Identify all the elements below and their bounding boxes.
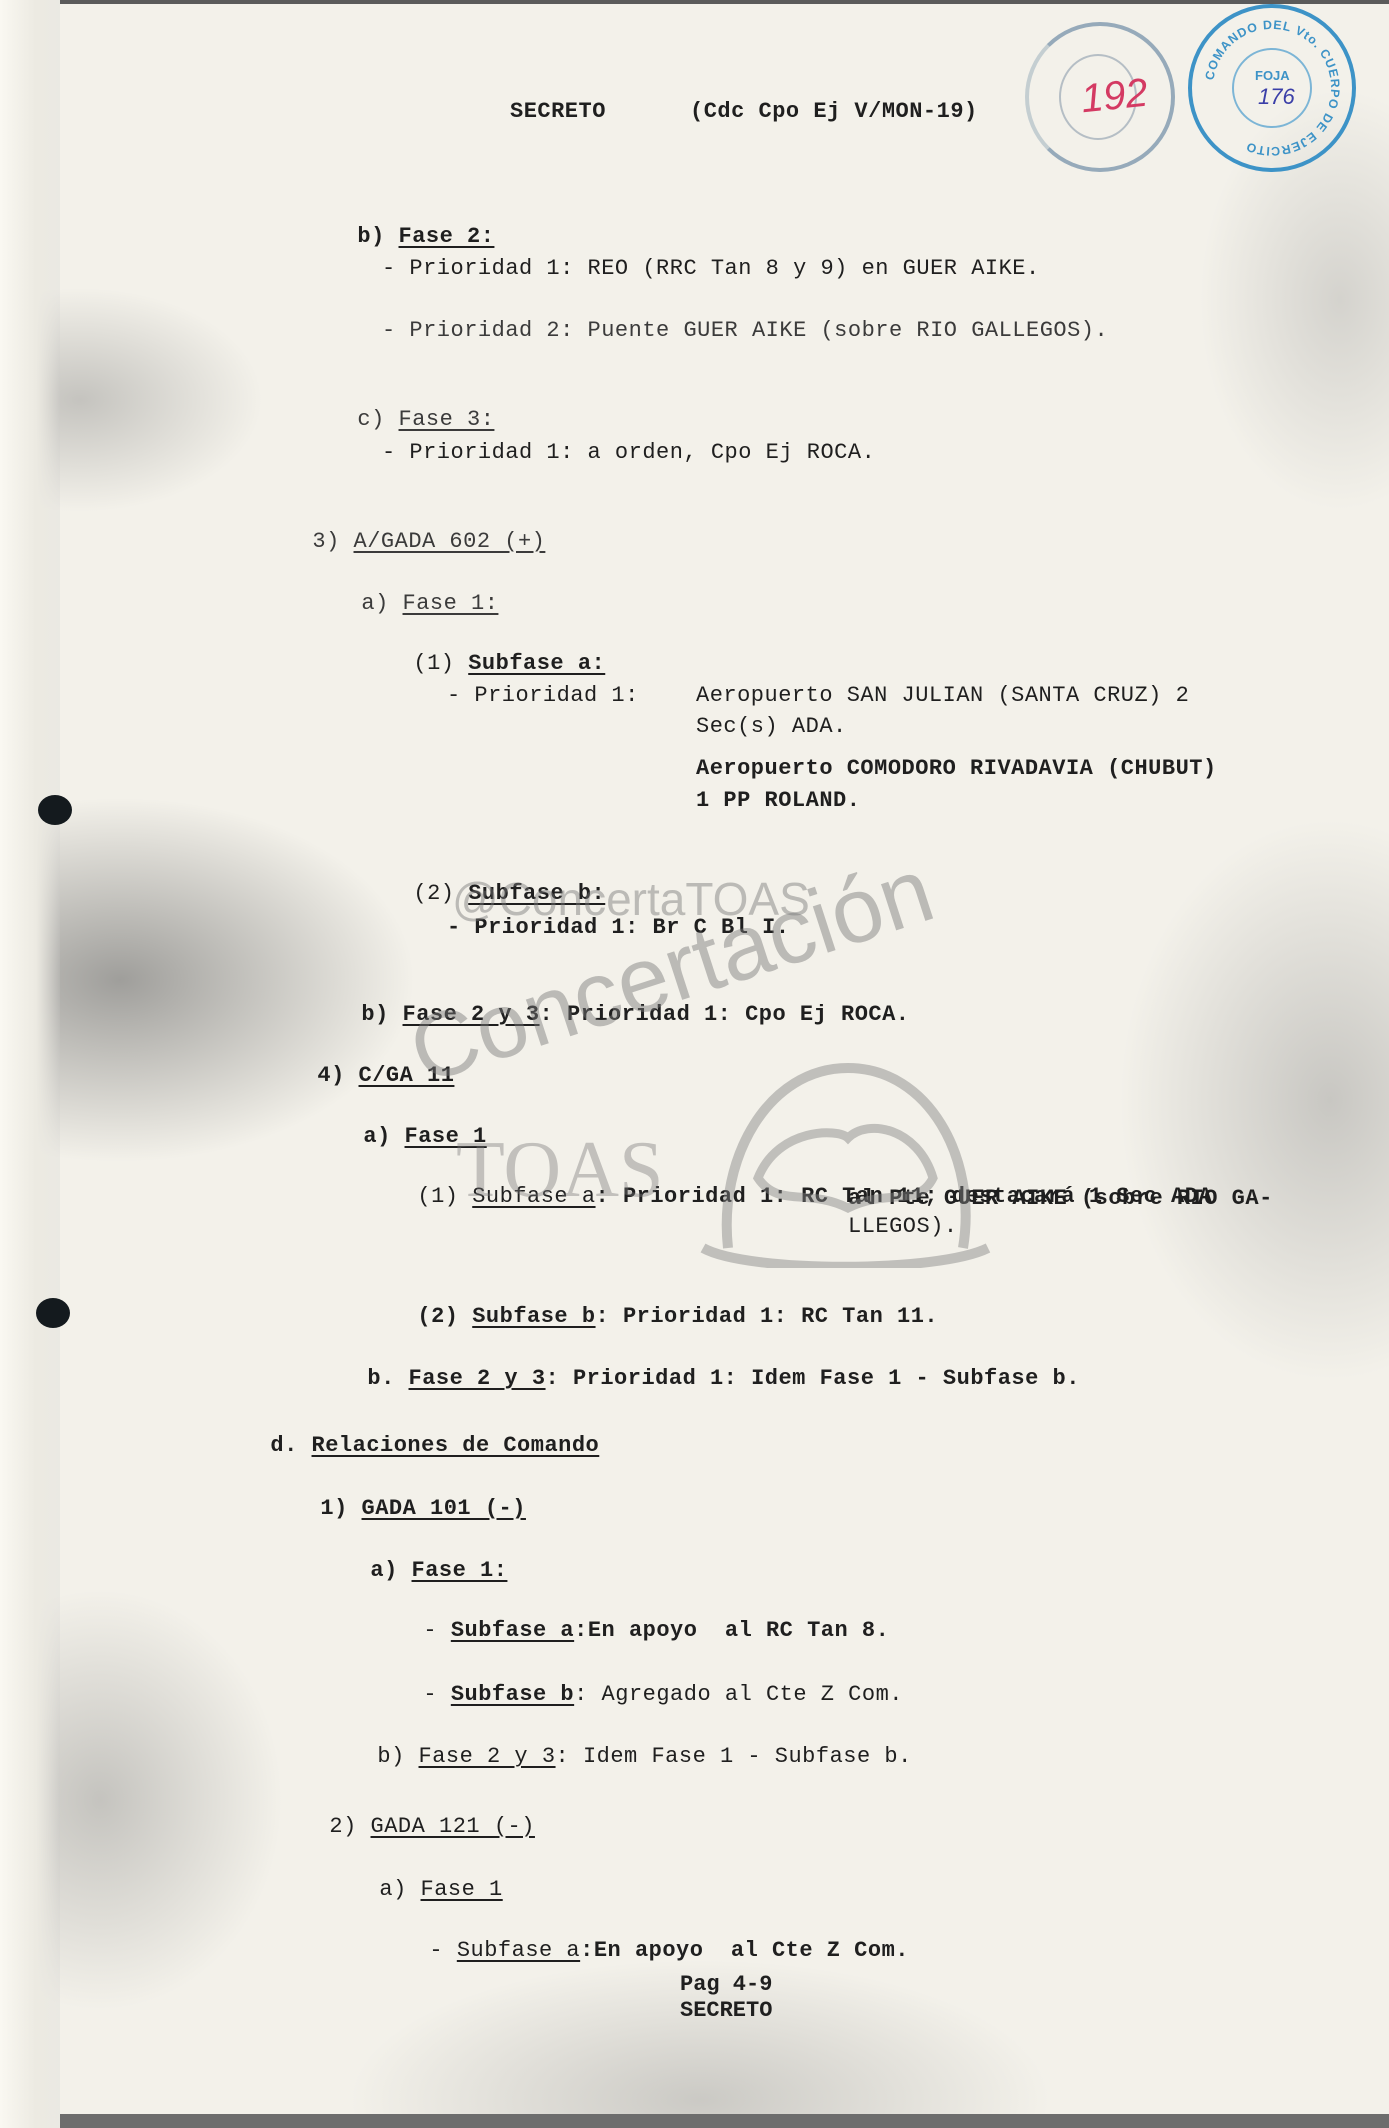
gada101-fase1-heading: a) Fase 1: <box>343 1532 507 1584</box>
header-classification: SECRETO <box>510 99 606 125</box>
item-label: 3) <box>312 529 339 554</box>
section3-heading: 3) A/GADA 602 (+) <box>285 503 545 555</box>
subfase-title: Subfase a: <box>468 651 605 676</box>
dash: - <box>423 1682 437 1707</box>
fase2-item: - Prioridad 1: REO (RRC Tan 8 y 9) en GU… <box>382 256 1040 282</box>
subfase-text: : Prioridad 1: RC Tan 11. <box>596 1304 939 1329</box>
subfase-title: Subfase a <box>472 1184 595 1209</box>
section3-subfase-a-heading: (1) Subfase a: <box>386 625 605 677</box>
item-label: a) <box>379 1877 406 1902</box>
section4-subfase-a-line: LLEGOS). <box>848 1214 958 1240</box>
subfase-text: : Agregado al Cte Z Com. <box>574 1682 903 1707</box>
page-margin <box>0 0 60 2128</box>
gada101-subfase-a: - Subfase a:En apoyo al RC Tan 8. <box>396 1592 889 1644</box>
gada101-subfase-b: - Subfase b: Agregado al Cte Z Com. <box>396 1656 903 1708</box>
gada121-title: GADA 121 (-) <box>371 1814 535 1839</box>
dash: - <box>429 1938 443 1963</box>
section3-fase23: b) Fase 2 y 3: Prioridad 1: Cpo Ej ROCA. <box>334 976 910 1028</box>
scan-border-top <box>60 0 1389 4</box>
item-label: (2) <box>413 881 454 906</box>
item-label: b. <box>367 1366 394 1391</box>
section3-subfase-a-line: 1 PP ROLAND. <box>696 788 860 814</box>
fase-text: : Prioridad 1: Idem Fase 1 - Subfase b. <box>546 1366 1080 1391</box>
section4-fase1-heading: a) Fase 1 <box>336 1098 487 1150</box>
archive-stamp-left: 192 <box>1025 22 1175 172</box>
stamp-folio-number: 192 <box>1079 71 1150 123</box>
item-label: b) <box>377 1744 404 1769</box>
page-footer: Pag 4-9 SECRETO <box>680 1972 772 2024</box>
item-label: 1) <box>320 1496 347 1521</box>
stamp-foja-label: FOJA <box>1255 68 1290 83</box>
item-label: a) <box>370 1558 397 1583</box>
item-label: 4) <box>317 1063 344 1088</box>
section3-subfase-a-line: Aeropuerto COMODORO RIVADAVIA (CHUBUT) <box>696 756 1217 782</box>
footer-classification: SECRETO <box>680 1998 772 2024</box>
fase3-item: - Prioridad 1: a orden, Cpo Ej ROCA. <box>382 440 875 466</box>
dash: - <box>423 1618 437 1643</box>
fase-title: Fase 2 y 3 <box>419 1744 556 1769</box>
subfase-title: Subfase a <box>451 1618 574 1643</box>
section4-subfase-a-line: al Pte GUER AIKE (sobre RIO GA- <box>848 1186 1273 1212</box>
section3-subfase-a-prefix: - Prioridad 1: <box>447 683 639 709</box>
fase-title: Fase 1: <box>403 591 499 616</box>
section3-subfase-b-heading: (2) Subfase b: <box>386 855 605 907</box>
fase-text: : Idem Fase 1 - Subfase b. <box>556 1744 912 1769</box>
section3-subfase-a-line: Aeropuerto SAN JULIAN (SANTA CRUZ) 2 <box>696 683 1189 709</box>
section4-fase23: b. Fase 2 y 3: Prioridad 1: Idem Fase 1 … <box>340 1340 1080 1392</box>
fase-title: Fase 1 <box>405 1124 487 1149</box>
subfase-title: Subfase b: <box>468 881 605 906</box>
section3-fase1-heading: a) Fase 1: <box>334 565 498 617</box>
section3-subfase-a-line: Sec(s) ADA. <box>696 714 847 740</box>
fase2-item: - Prioridad 2: Puente GUER AIKE (sobre R… <box>382 318 1108 344</box>
subfase-text: :En apoyo al RC Tan 8. <box>574 1618 889 1643</box>
fase-text: : Prioridad 1: Cpo Ej ROCA. <box>540 1002 910 1027</box>
gada101-title: GADA 101 (-) <box>362 1496 526 1521</box>
item-label: a) <box>361 591 388 616</box>
gada121-subfase-a: - Subfase a:En apoyo al Cte Z Com. <box>402 1912 909 1964</box>
subfase-title: Subfase a <box>457 1938 580 1963</box>
fase-title: Fase 2 y 3 <box>403 1002 540 1027</box>
page-number: Pag 4-9 <box>680 1972 772 1998</box>
item-label: b) <box>357 224 384 249</box>
punch-hole <box>36 1298 70 1328</box>
subfase-title: Subfase b <box>472 1304 595 1329</box>
fase-title: Fase 2 y 3 <box>409 1366 546 1391</box>
fase2-heading: b) Fase 2: <box>330 198 494 250</box>
item-label: (1) <box>417 1184 458 1209</box>
fase-title: Fase 1 <box>421 1877 503 1902</box>
section4-subfase-b: (2) Subfase b: Prioridad 1: RC Tan 11. <box>390 1278 938 1330</box>
relaciones-title: Relaciones de Comando <box>312 1433 600 1458</box>
item-label: c) <box>357 407 384 432</box>
section4-heading: 4) C/GA 11 <box>290 1037 454 1089</box>
fase-title: Fase 1: <box>412 1558 508 1583</box>
gada101-heading: 1) GADA 101 (-) <box>293 1470 526 1522</box>
subfase-text: :En apoyo al Cte Z Com. <box>580 1938 909 1963</box>
item-label: (2) <box>417 1304 458 1329</box>
fase3-title: Fase 3: <box>399 407 495 432</box>
punch-hole <box>38 795 72 825</box>
gada101-fase23: b) Fase 2 y 3: Idem Fase 1 - Subfase b. <box>350 1718 912 1770</box>
scan-border-bottom <box>60 2114 1389 2128</box>
item-label: b) <box>361 1002 388 1027</box>
header-reference: (Cdc Cpo Ej V/MON-19) <box>690 99 978 125</box>
item-label: 2) <box>329 1814 356 1839</box>
section4-title: C/GA 11 <box>359 1063 455 1088</box>
archive-stamp-right: COMANDO DEL Vto. CUERPO DE EJERCITO FOJA… <box>1188 4 1356 172</box>
section3-title: A/GADA 602 (+) <box>354 529 546 554</box>
item-label: d. <box>270 1433 297 1458</box>
subfase-title: Subfase b <box>451 1682 574 1707</box>
item-label: a) <box>363 1124 390 1149</box>
gada121-fase1-heading: a) Fase 1 <box>352 1851 503 1903</box>
fase3-heading: c) Fase 3: <box>330 381 494 433</box>
stamp-foja-number: 176 <box>1258 84 1295 110</box>
section3-subfase-b-item: - Prioridad 1: Br C Bl I. <box>447 915 790 941</box>
relaciones-heading: d. Relaciones de Comando <box>243 1407 599 1459</box>
fase2-title: Fase 2: <box>399 224 495 249</box>
item-label: (1) <box>413 651 454 676</box>
gada121-heading: 2) GADA 121 (-) <box>302 1788 535 1840</box>
